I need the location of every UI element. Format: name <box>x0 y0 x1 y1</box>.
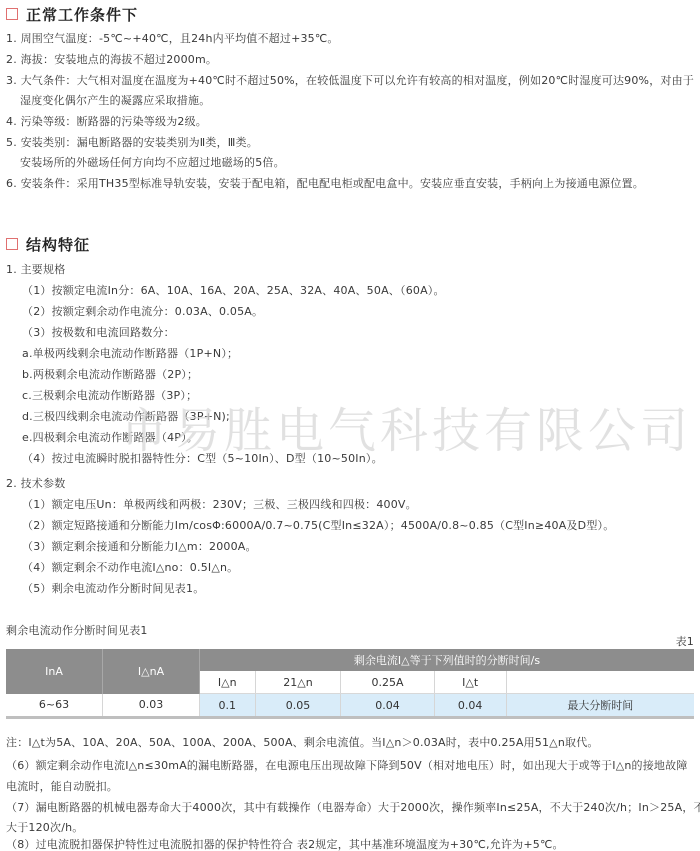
pole-type-d: d.三极四线剩余电流动作断路器（3P+N); <box>22 408 230 424</box>
cell: 最大分断时间 <box>506 694 694 718</box>
param-7-cont: 大于120次/h。 <box>6 819 83 835</box>
cell: 0.05 <box>255 694 341 718</box>
param-8: （8）过电流脱扣器保护特性过电流脱扣器的保护特性符合 表2规定，其中基准环境温度… <box>6 836 564 851</box>
condition-item-3: 3. 大气条件：大气相对温度在温度为+40℃时不超过50%，在较低温度下可以允许… <box>6 72 694 88</box>
subheader: 0.25A <box>341 671 434 694</box>
section-title-working-conditions: 正常工作条件下 <box>6 4 138 25</box>
section-title-structure: 结构特征 <box>6 234 90 255</box>
square-bullet-icon <box>6 8 18 20</box>
pole-type-e: e.四极剩余电流动作断路器（4P）。 <box>22 429 198 445</box>
cell: 0.04 <box>341 694 434 718</box>
subheader: I△t <box>434 671 506 694</box>
condition-item-6: 6. 安装条件：采用TH35型标准导轨安装，安装于配电箱，配电配电柜或配电盒中。… <box>6 175 644 191</box>
param-7: （7）漏电断路器的机械电器寿命大于4000次，其中有载操作（电器寿命）大于200… <box>6 799 700 815</box>
table-note: 注：I△t为5A、10A、20A、50A、100A、200A、500A、剩余电流… <box>6 734 599 750</box>
condition-item-2: 2. 海拔：安装地点的海拔不超过2000m。 <box>6 51 217 67</box>
trip-time-table: InA I△nA 剩余电流I△等于下列值时的分断时间/s I△n 21△n 0.… <box>6 649 694 719</box>
spec-heading-tech: 2. 技术参数 <box>6 475 65 491</box>
spec-item: （1）按额定电流In分：6A、10A、16A、20A、25A、32A、40A、5… <box>22 282 445 298</box>
tech-param: （3）额定剩余接通和分断能力I△m：2000A。 <box>22 538 257 554</box>
condition-item-5-cont: 安装场所的外磁场任何方向均不应超过地磁场的5倍。 <box>20 154 285 170</box>
header-idna: I△nA <box>103 649 200 694</box>
condition-item-3-cont: 湿度变化偶尔产生的凝露应采取措施。 <box>20 92 210 108</box>
header-group: 剩余电流I△等于下列值时的分断时间/s <box>200 649 695 671</box>
subheader <box>506 671 694 694</box>
cell: 0.03 <box>103 694 200 718</box>
tech-param: （2）额定短路接通和分断能力Im/cosΦ:6000A/0.7~0.75(C型I… <box>22 517 614 533</box>
spec-item: （2）按额定剩余动作电流分：0.03A、0.05A。 <box>22 303 263 319</box>
tech-param: （1）额定电压Un：单极两线和两极：230V；三极、三极四线和四极：400V。 <box>22 496 417 512</box>
condition-item-5: 5. 安装类别：漏电断路器的安装类别为Ⅱ类，Ⅲ类。 <box>6 134 258 150</box>
tech-param: （4）额定剩余不动作电流I△no：0.5I△n。 <box>22 559 238 575</box>
tech-param: （5）剩余电流动作分断时间见表1。 <box>22 580 204 596</box>
square-bullet-icon <box>6 238 18 250</box>
header-ina: InA <box>6 649 103 694</box>
spec-item: （4）按过电流瞬时脱扣器特性分：C型（5~10In）、D型（10~50In）。 <box>22 450 383 466</box>
spec-item: （3）按极数和电流回路数分： <box>22 324 175 340</box>
cell: 0.04 <box>434 694 506 718</box>
param-6: （6）额定剩余动作电流I△n≤30mA的漏电断路器，在电源电压出现故障下降到50… <box>6 757 688 773</box>
table-row: 6~63 0.03 0.1 0.05 0.04 0.04 最大分断时间 <box>6 694 694 718</box>
subheader: I△n <box>200 671 256 694</box>
subheader: 21△n <box>255 671 341 694</box>
pole-type-c: c.三极剩余电流动作断路器（3P）； <box>22 387 197 403</box>
table-caption: 剩余电流动作分断时间见表1 <box>6 622 148 638</box>
pole-type-a: a.单极两线剩余电流动作断路器（1P+N）； <box>22 345 238 361</box>
section-title-text: 结构特征 <box>26 236 90 254</box>
spec-heading-main: 1. 主要规格 <box>6 261 65 277</box>
cell: 0.1 <box>200 694 256 718</box>
cell: 6~63 <box>6 694 103 718</box>
condition-item-4: 4. 污染等级：断路器的污染等级为2级。 <box>6 113 207 129</box>
condition-item-1: 1. 周围空气温度：-5℃~+40℃，且24h内平均值不超过+35℃。 <box>6 30 339 46</box>
pole-type-b: b.两极剩余电流动作断路器（2P）； <box>22 366 198 382</box>
table-label: 表1 <box>676 633 694 649</box>
param-6-cont: 电流时，能自动脱扣。 <box>6 778 118 794</box>
section-title-text: 正常工作条件下 <box>26 6 138 24</box>
